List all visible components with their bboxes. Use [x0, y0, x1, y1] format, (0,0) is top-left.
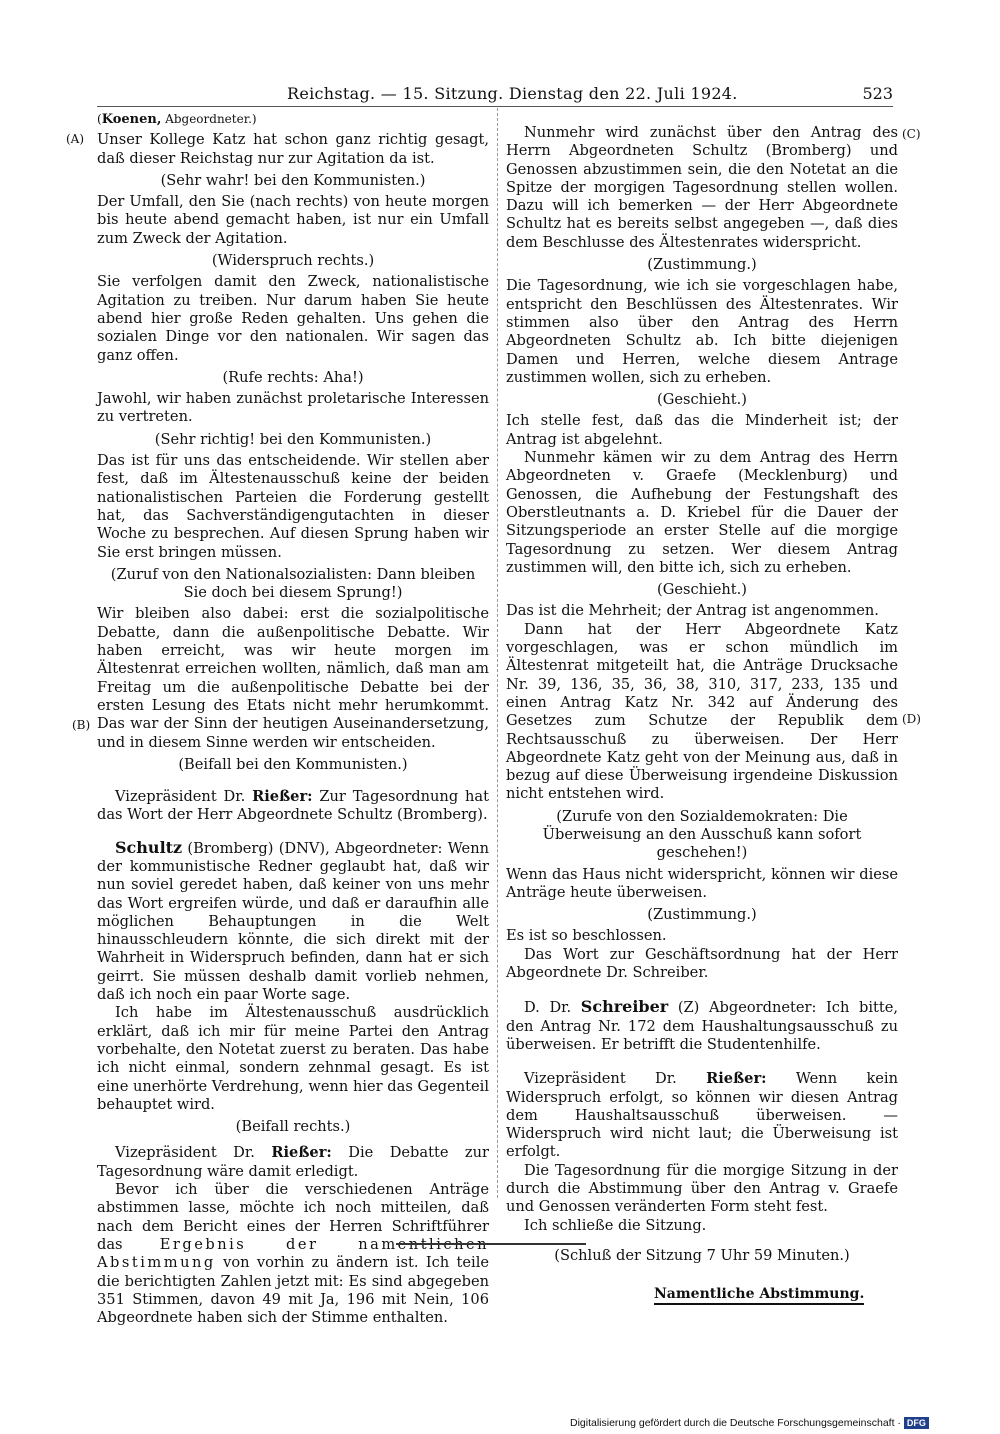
paragraph: Wir bleiben also dabei: erst die sozialp… — [97, 605, 489, 751]
speech-riesser-3-para2: Die Tagesordnung für die morgige Sitzung… — [506, 1162, 898, 1217]
running-title: Reichstag. — 15. Sitzung. Dienstag den 2… — [287, 84, 738, 103]
document-page: Reichstag. — 15. Sitzung. Dienstag den 2… — [0, 0, 1000, 1434]
speaker-title: D. Dr. — [524, 999, 581, 1016]
paragraph: Das ist für uns das entscheidende. Wir s… — [97, 452, 489, 562]
margin-marker-a: (A) — [66, 132, 84, 146]
margin-marker-c: (C) — [902, 127, 921, 141]
speaker-name: Rießer: — [252, 788, 312, 805]
speaker-title: Vizepräsident Dr. — [115, 788, 252, 805]
speaker-name: Rießer: — [706, 1070, 766, 1087]
interjection: (Beifall rechts.) — [97, 1118, 489, 1136]
paragraph: Wenn das Haus nicht widerspricht, können… — [506, 866, 898, 903]
paragraph: Jawohl, wir haben zunächst proletarische… — [97, 390, 489, 427]
column-divider — [497, 108, 498, 1198]
speech-riesser-3: Vizepräsident Dr. Rießer: Wenn kein Wide… — [506, 1070, 898, 1161]
speech-riesser-2-para2: Bevor ich über die verschiedenen Anträge… — [97, 1181, 489, 1327]
header-rule — [97, 106, 893, 107]
session-closing-note: (Schluß der Sitzung 7 Uhr 59 Minuten.) — [506, 1247, 898, 1265]
paragraph: Das Wort zur Geschäftsordnung hat der He… — [506, 946, 898, 983]
running-speaker-role: Abgeordneter.) — [165, 112, 256, 126]
interjection: (Zustimmung.) — [506, 256, 898, 274]
left-blocks: Unser Kollege Katz hat schon ganz richti… — [97, 131, 489, 774]
section-title: Namentliche Abstimmung. — [654, 1286, 864, 1305]
interjection: (Sehr richtig! bei den Kommunisten.) — [97, 431, 489, 449]
speaker-title: Vizepräsident Dr. — [524, 1070, 706, 1087]
footer-text: Digitalisierung gefördert durch die Deut… — [570, 1417, 901, 1429]
speaker-name: Rießer: — [271, 1144, 331, 1161]
paragraph: Unser Kollege Katz hat schon ganz richti… — [97, 131, 489, 168]
interjection: (Sehr wahr! bei den Kommunisten.) — [97, 172, 489, 190]
paragraph: Sie verfolgen damit den Zweck, nationali… — [97, 273, 489, 364]
speech-schultz-para2: Ich habe im Ältestenausschuß ausdrücklic… — [97, 1004, 489, 1114]
interjection: (Zuruf von den Nationalsozialisten: Dann… — [97, 566, 489, 603]
paragraph: Nunmehr wird zunächst über den Antrag de… — [506, 124, 898, 252]
speech-schultz: Schultz (Bromberg) (DNV), Abgeordneter: … — [97, 839, 489, 1005]
interjection: (Widerspruch rechts.) — [97, 252, 489, 270]
interjection: (Rufe rechts: Aha!) — [97, 369, 489, 387]
paragraph: Der Umfall, den Sie (nach rechts) von he… — [97, 193, 489, 248]
interjection: (Beifall bei den Kommunisten.) — [97, 756, 489, 774]
paragraph: Dann hat der Herr Abgeordnete Katz vorge… — [506, 621, 898, 804]
paragraph: Es ist so beschlossen. — [506, 927, 898, 945]
end-rule — [396, 1243, 586, 1245]
left-column: (Koenen, Abgeordneter.) Unser Kollege Ka… — [97, 110, 489, 1327]
interjection: (Geschieht.) — [506, 581, 898, 599]
paragraph: Ich stelle fest, daß das die Minderheit … — [506, 412, 898, 449]
dfg-logo-icon: DFG — [904, 1417, 929, 1429]
paragraph: Die Tagesordnung, wie ich sie vorgeschla… — [506, 277, 898, 387]
interjection: (Zurufe von den Sozialdemokraten: Die Üb… — [506, 808, 898, 863]
speaker-name: Schreiber — [581, 997, 668, 1016]
right-column: Nunmehr wird zunächst über den Antrag de… — [506, 124, 898, 1265]
speaker-title: Vizepräsident Dr. — [115, 1144, 271, 1161]
page-header: Reichstag. — 15. Sitzung. Dienstag den 2… — [97, 84, 893, 106]
margin-marker-b: (B) — [72, 718, 90, 732]
speaker-name: Schultz — [115, 838, 182, 857]
running-speaker: (Koenen, Abgeordneter.) — [97, 110, 489, 129]
page-number: 523 — [862, 84, 893, 103]
paragraph: Das ist die Mehrheit; der Antrag ist ang… — [506, 602, 898, 620]
speech-riesser-2: Vizepräsident Dr. Rießer: Die Debatte zu… — [97, 1144, 489, 1181]
running-speaker-name: Koenen, — [102, 112, 162, 127]
interjection: (Zustimmung.) — [506, 906, 898, 924]
interjection: (Geschieht.) — [506, 391, 898, 409]
digitization-footer: Digitalisierung gefördert durch die Deut… — [570, 1417, 929, 1429]
margin-marker-d: (D) — [902, 712, 921, 726]
paragraph: Nunmehr kämen wir zu dem Antrag des Herr… — [506, 449, 898, 577]
speech-schreiber: D. Dr. Schreiber (Z) Abgeordneter: Ich b… — [506, 998, 898, 1054]
speech-riesser-1: Vizepräsident Dr. Rießer: Zur Tagesordnu… — [97, 788, 489, 825]
right-blocks: Nunmehr wird zunächst über den Antrag de… — [506, 124, 898, 982]
speech-riesser-3-para3: Ich schließe die Sitzung. — [506, 1217, 898, 1235]
speech-text: (Bromberg) (DNV), Abgeordneter: Wenn der… — [97, 840, 489, 1003]
